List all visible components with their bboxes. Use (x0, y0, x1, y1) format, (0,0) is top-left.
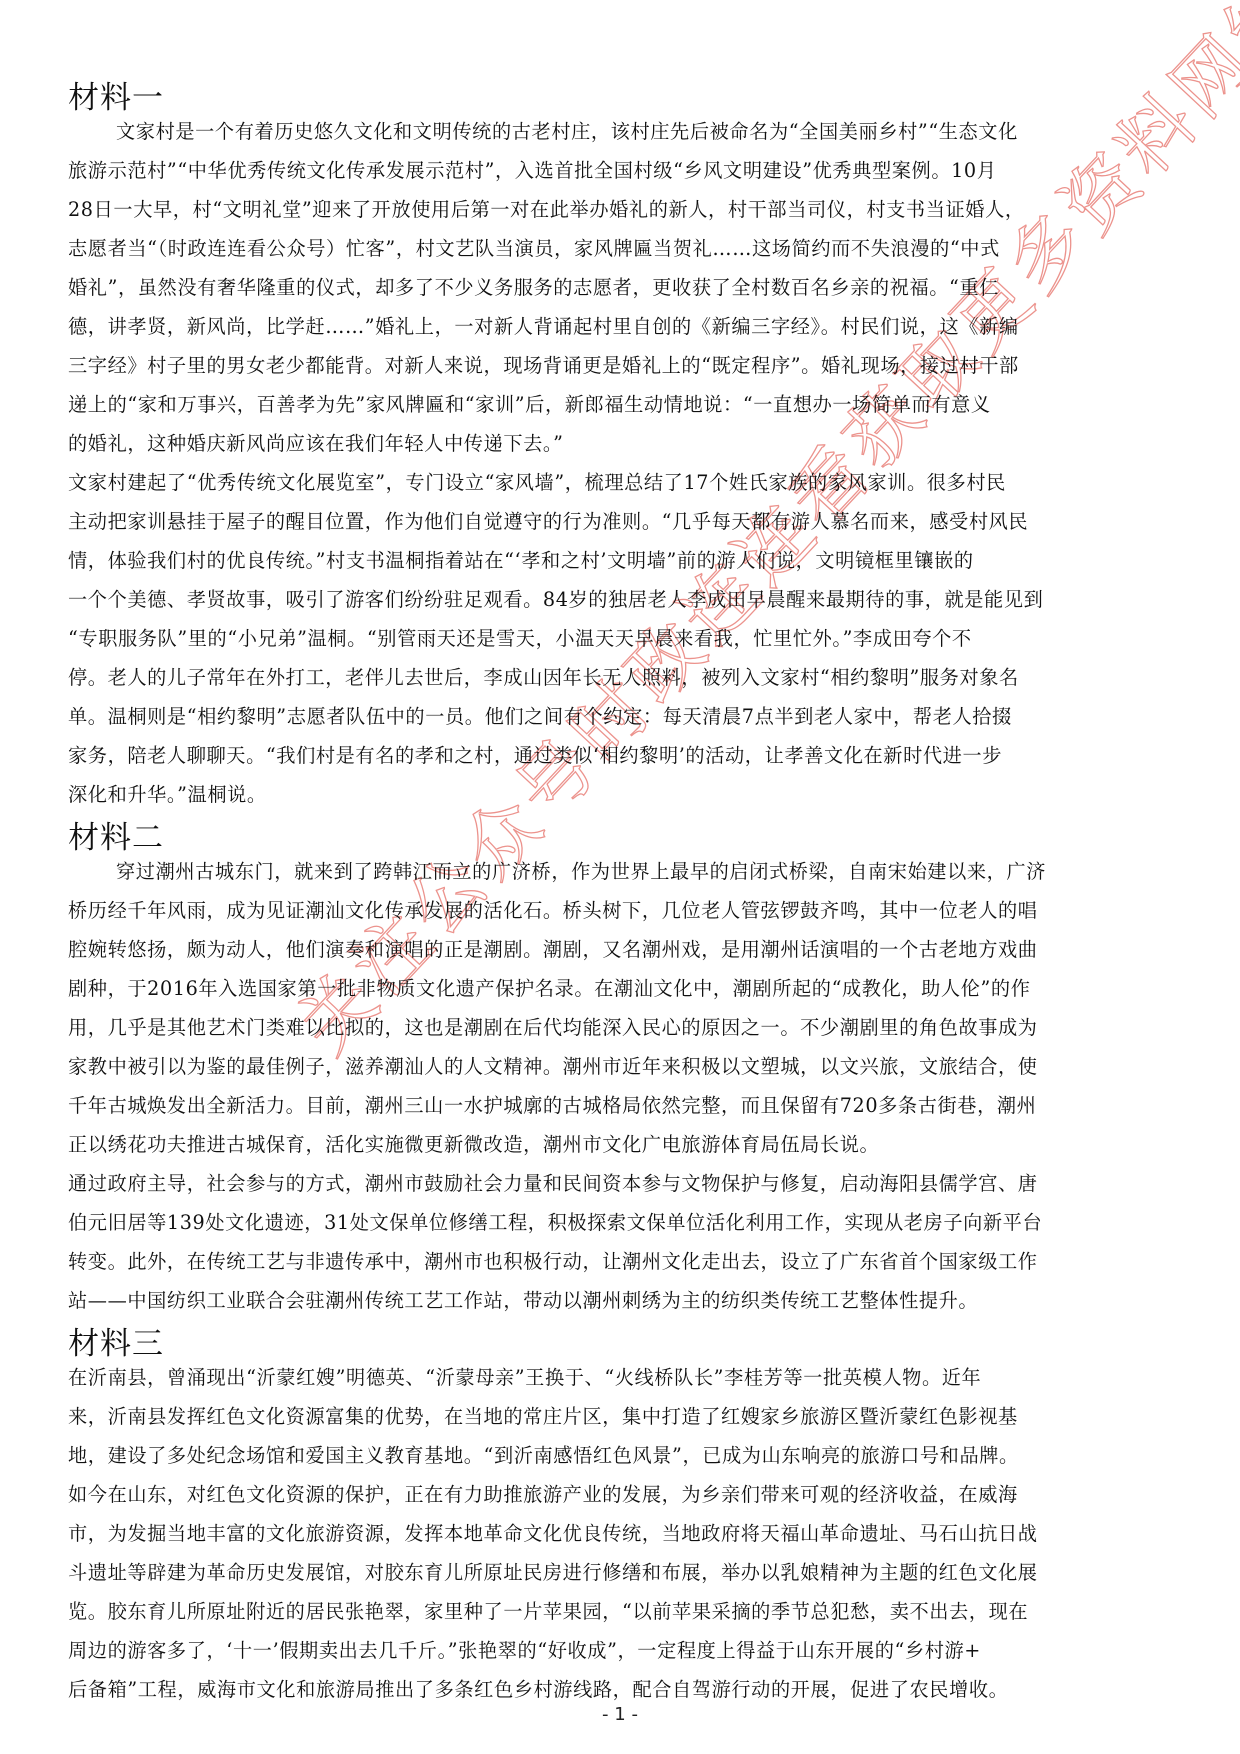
text-line: 家务，陪老人聊聊天。“我们村是有名的孝和之村，通过类似‘相约黎明’的活动，让孝善… (68, 736, 1168, 775)
text-line: 旅游示范村”“中华优秀传统文化传承发展示范村”，入选首批全国村级“乡风文明建设”… (68, 151, 1168, 190)
text-line: 单。温桐则是“相约黎明”志愿者队伍中的一员。他们之间有个约定：每天清晨7点半到老… (68, 697, 1168, 736)
text-line: 一个个美德、孝贤故事，吸引了游客们纷纷驻足观看。84岁的独居老人李成田早晨醒来最… (68, 580, 1168, 619)
text-line: 用，几乎是其他艺术门类难以比拟的，这也是潮剧在后代均能深入民心的原因之一。不少潮… (68, 1008, 1168, 1047)
text-line: 三字经》村子里的男女老少都能背。对新人来说，现场背诵更是婚礼上的“既定程序”。婚… (68, 346, 1168, 385)
text-line: 站——中国纺织工业联合会驻潮州传统工艺工作站，带动以潮州刺绣为主的纺织类传统工艺… (68, 1281, 1168, 1320)
text-line: 的婚礼，这种婚庆新风尚应该在我们年轻人中传递下去。” (68, 424, 1168, 463)
section-1-paragraph-2: 文家村建起了“优秀传统文化展览室”，专门设立“家风墙”，梳理总结了17个姓氏家族… (68, 463, 1168, 814)
text-line: 深化和升华。”温桐说。 (68, 775, 1168, 814)
text-line: 腔婉转悠扬，颇为动人，他们演奏和演唱的正是潮剧。潮剧，又名潮州戏，是用潮州话演唱… (68, 930, 1168, 969)
section-1-paragraph-1: 文家村是一个有着历史悠久文化和文明传统的古老村庄，该村庄先后被命名为“全国美丽乡… (68, 112, 1168, 463)
text-line: “专职服务队”里的“小兄弟”温桐。“别管雨天还是雪天，小温天天早晨来看我，忙里忙… (68, 619, 1168, 658)
section-2-paragraph-2: 通过政府主导，社会参与的方式，潮州市鼓励社会力量和民间资本参与文物保护与修复，启… (68, 1164, 1168, 1320)
text-line: 正以绣花功夫推进古城保育，活化实施微更新微改造，潮州市文化广电旅游体育局伍局长说… (68, 1125, 1168, 1164)
text-line: 家教中被引以为鉴的最佳例子，滋养潮汕人的人文精神。潮州市近年来积极以文塑城，以文… (68, 1047, 1168, 1086)
text-line: 情，体验我们村的优良传统。”村支书温桐指着站在“‘孝和之村’文明墙”前的游人们说… (68, 541, 1168, 580)
text-line: 伯元旧居等139处文化遗迹，31处文保单位修缮工程，积极探索文保单位活化利用工作… (68, 1203, 1168, 1242)
page-number: - 1 - (0, 1704, 1240, 1725)
text-line: 如今在山东，对红色文化资源的保护，正在有力助推旅游产业的发展，为乡亲们带来可观的… (68, 1475, 1168, 1514)
text-line: 28日一大早，村“文明礼堂”迎来了开放使用后第一对在此举办婚礼的新人，村干部当司… (68, 190, 1168, 229)
text-line: 千年古城焕发出全新活力。目前，潮州三山一水护城廓的古城格局依然完整，而且保留有7… (68, 1086, 1168, 1125)
section-2-paragraph-1: 穿过潮州古城东门，就来到了跨韩江而立的广济桥，作为世界上最早的启闭式桥梁，自南宋… (68, 852, 1168, 1164)
text-line: 桥历经千年风雨，成为见证潮汕文化传承发展的活化石。桥头树下，几位老人管弦锣鼓齐鸣… (68, 891, 1168, 930)
text-line: 德，讲孝贤，新风尚，比学赶……”婚礼上，一对新人背诵起村里自创的《新编三字经》。… (68, 307, 1168, 346)
section-heading-3: 材料三 (68, 1318, 164, 1363)
section-3-paragraph-1: 在沂南县，曾涌现出“沂蒙红嫂”明德英、“沂蒙母亲”王换于、“火线桥队长”李桂芳等… (68, 1358, 1168, 1709)
text-line: 地，建设了多处纪念场馆和爱国主义教育基地。“到沂南感悟红色风景”，已成为山东响亮… (68, 1436, 1168, 1475)
text-line: 穿过潮州古城东门，就来到了跨韩江而立的广济桥，作为世界上最早的启闭式桥梁，自南宋… (68, 852, 1168, 891)
text-line: 剧种，于2016年入选国家第一批非物质文化遗产保护名录。在潮汕文化中，潮剧所起的… (68, 969, 1168, 1008)
text-line: 周边的游客多了，‘十一’假期卖出去几千斤。”张艳翠的“好收成”，一定程度上得益于… (68, 1631, 1168, 1670)
section-heading-1: 材料一 (68, 72, 164, 117)
text-line: 婚礼”，虽然没有奢华隆重的仪式，却多了不少义务服务的志愿者，更收获了全村数百名乡… (68, 268, 1168, 307)
text-line: 文家村建起了“优秀传统文化展览室”，专门设立“家风墙”，梳理总结了17个姓氏家族… (68, 463, 1168, 502)
text-line: 转变。此外，在传统工艺与非遗传承中，潮州市也积极行动，让潮州文化走出去，设立了广… (68, 1242, 1168, 1281)
text-line: 通过政府主导，社会参与的方式，潮州市鼓励社会力量和民间资本参与文物保护与修复，启… (68, 1164, 1168, 1203)
text-line: 览。胶东育儿所原址附近的居民张艳翠，家里种了一片苹果园，“以前苹果采摘的季节总犯… (68, 1592, 1168, 1631)
section-heading-2: 材料二 (68, 812, 164, 857)
text-line: 停。老人的儿子常年在外打工，老伴儿去世后，李成山因年长无人照料，被列入文家村“相… (68, 658, 1168, 697)
text-line: 在沂南县，曾涌现出“沂蒙红嫂”明德英、“沂蒙母亲”王换于、“火线桥队长”李桂芳等… (68, 1358, 1168, 1397)
text-line: 递上的“家和万事兴，百善孝为先”家风牌匾和“家训”后，新郎福生动情地说：“一直想… (68, 385, 1168, 424)
text-line: 市，为发掘当地丰富的文化旅游资源，发挥本地革命文化优良传统，当地政府将天福山革命… (68, 1514, 1168, 1553)
text-line: 来，沂南县发挥红色文化资源富集的优势，在当地的常庄片区，集中打造了红嫂家乡旅游区… (68, 1397, 1168, 1436)
text-line: 斗遗址等辟建为革命历史发展馆，对胶东育儿所原址民房进行修缮和布展，举办以乳娘精神… (68, 1553, 1168, 1592)
text-line: 志愿者当“（时政连连看公众号）忙客”，村文艺队当演员，家风牌匾当贺礼……这场简约… (68, 229, 1168, 268)
text-line: 文家村是一个有着历史悠久文化和文明传统的古老村庄，该村庄先后被命名为“全国美丽乡… (68, 112, 1168, 151)
text-line: 主动把家训悬挂于屋子的醒目位置，作为他们自觉遵守的行为准则。“几乎每天都有游人慕… (68, 502, 1168, 541)
